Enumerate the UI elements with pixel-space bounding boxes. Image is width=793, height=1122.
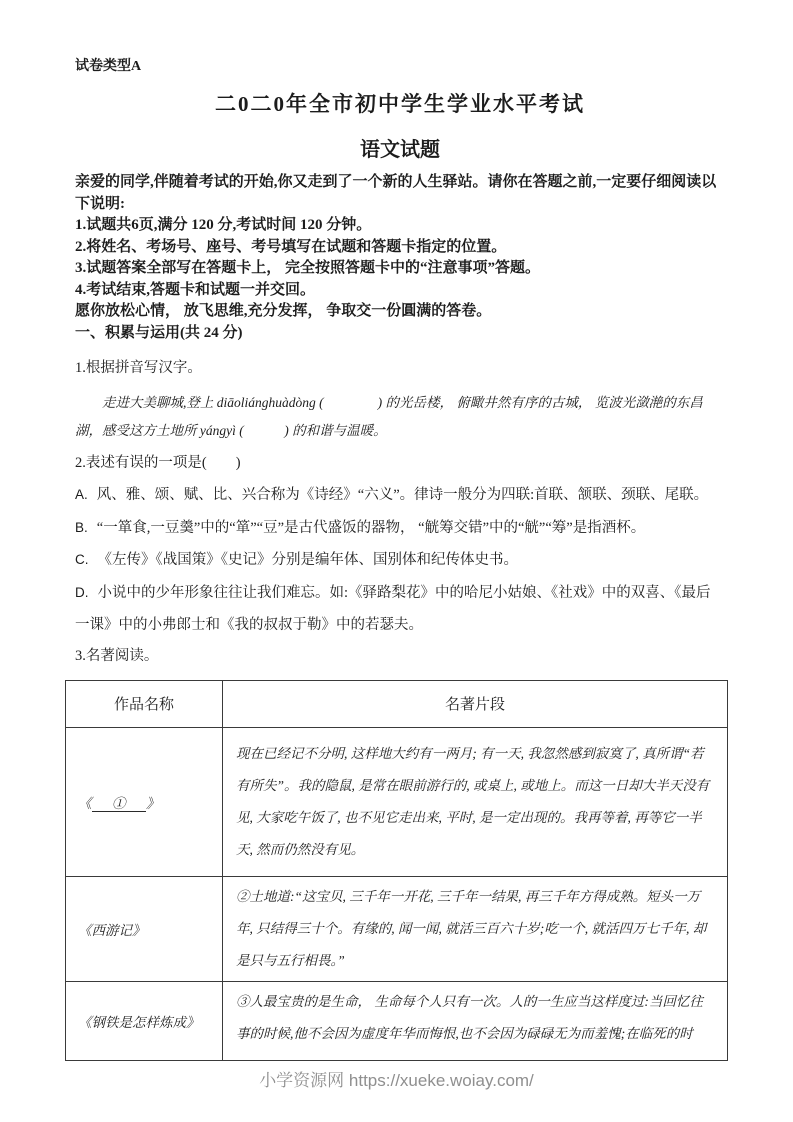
option-b-letter: B. — [75, 520, 88, 535]
exam-subtitle: 语文试题 — [75, 136, 725, 164]
book-bracket-open: 《 — [78, 796, 92, 811]
work-title-blank-cell: 《 ① 》 — [66, 727, 223, 876]
option-c: C.《左传》《战国策》《史记》分别是编年体、国别体和纪传体史书。 — [75, 544, 725, 577]
exam-paper-page: 试卷类型A 二0二0年全市初中学生学业水平考试 语文试题 亲爱的同学,伴随着考试… — [0, 0, 793, 1122]
paper-type-label: 试卷类型A — [75, 57, 725, 77]
pinyin-passage: 走进大美聊城,登上 diāoliánghuàdòng ( ) 的光岳楼， 俯瞰井… — [75, 389, 725, 444]
option-d-letter: D. — [75, 585, 89, 600]
footer-site-link[interactable]: 小学资源网 https://xueke.woiay.com/ — [259, 1071, 534, 1090]
table-header-fragment: 名著片段 — [223, 680, 728, 727]
question-2-label: 2.表述有误的一项是( ) — [75, 450, 725, 477]
option-d: D.小说中的少年形象往往让我们难忘。如:《驿路梨花》中的哈尼小姑娘、《社戏》中的… — [75, 577, 725, 642]
notice-item-1: 1.试题共6页,满分 120 分,考试时间 120 分钟。 — [75, 215, 725, 237]
exam-notice: 亲爱的同学,伴随着考试的开始,你又走到了一个新的人生驿站。请你在答题之前,一定要… — [75, 172, 725, 344]
work-title-cell-2: 《西游记》 — [66, 876, 223, 981]
fragment-cell-2: ②土地道:“这宝贝, 三千年一开花, 三千年一结果, 再三千年方得成熟。短头一万… — [223, 876, 728, 981]
notice-item-2: 2.将姓名、考场号、座号、考号填写在试题和答题卡指定的位置。 — [75, 237, 725, 259]
table-row: 《 ① 》 现在已经记不分明, 这样地大约有一两月; 有一天, 我忽然感到寂寞了… — [66, 727, 728, 876]
work-title-cell-3: 《钢铁是怎样炼成》 — [66, 981, 223, 1060]
fragment-cell-1: 现在已经记不分明, 这样地大约有一两月; 有一天, 我忽然感到寂寞了, 真所谓“… — [223, 727, 728, 876]
option-b-text: “一箪食,一豆羹”中的“箪”“豆”是古代盛饭的器物， “觥筹交错”中的“觥”“筹… — [97, 520, 645, 536]
blank-answer-1: ① — [92, 796, 147, 812]
footer: 小学资源网 https://xueke.woiay.com/ — [0, 1066, 793, 1091]
exam-title: 二0二0年全市初中学生学业水平考试 — [75, 90, 725, 119]
page-content: 试卷类型A 二0二0年全市初中学生学业水平考试 语文试题 亲爱的同学,伴随着考试… — [0, 0, 793, 1061]
table-row: 《西游记》 ②土地道:“这宝贝, 三千年一开花, 三千年一结果, 再三千年方得成… — [66, 876, 728, 981]
question-1-label: 1.根据拼音写汉字。 — [75, 357, 725, 379]
table-header-work-name: 作品名称 — [66, 680, 223, 727]
table-row: 《钢铁是怎样炼成》 ③人最宝贵的是生命， 生命每个人只有一次。人的一生应当这样度… — [66, 981, 728, 1060]
option-c-text: 《左传》《战国策》《史记》分别是编年体、国别体和纪传体史书。 — [98, 552, 519, 568]
notice-wish: 愿你放松心情， 放飞思维,充分发挥， 争取交一份圓满的答卷。 — [75, 301, 725, 323]
table-header-row: 作品名称 名著片段 — [66, 680, 728, 727]
option-b: B.“一箪食,一豆羹”中的“箪”“豆”是古代盛饭的器物， “觥筹交错”中的“觥”… — [75, 512, 725, 545]
book-bracket-close: 》 — [146, 796, 160, 811]
fragment-3-clipped: ③人最宝贵的是生命， 生命每个人只有一次。人的一生应当这样度过:当回忆往事的时候… — [236, 986, 714, 1052]
notice-item-4: 4.考试结束,答题卡和试题一并交回。 — [75, 280, 725, 302]
works-table: 作品名称 名著片段 《 ① 》 现在已经记不分明, 这样地大约有一两月; 有一天… — [65, 680, 728, 1061]
option-d-text: 小说中的少年形象往往让我们难忘。如:《驿路梨花》中的哈尼小姑娘、《社戏》中的双喜… — [75, 585, 711, 634]
notice-intro: 亲爱的同学,伴随着考试的开始,你又走到了一个新的人生驿站。请你在答题之前,一定要… — [75, 172, 725, 215]
fragment-cell-3: ③人最宝贵的是生命， 生命每个人只有一次。人的一生应当这样度过:当回忆往事的时候… — [223, 981, 728, 1060]
section-heading: 一、积累与运用(共 24 分) — [75, 323, 725, 345]
notice-item-3: 3.试题答案全部写在答题卡上， 完全按照答题卡中的“注意事项”答题。 — [75, 258, 725, 280]
question-3-label: 3.名著阅读。 — [75, 642, 725, 670]
option-a-text: 风、雅、颂、赋、比、兴合称为《诗经》“六义”。律诗一般分为四联:首联、颔联、颈联… — [97, 487, 708, 503]
option-c-letter: C. — [75, 552, 89, 567]
option-a: A.风、雅、颂、赋、比、兴合称为《诗经》“六义”。律诗一般分为四联:首联、颔联、… — [75, 479, 725, 512]
question-2-options: A.风、雅、颂、赋、比、兴合称为《诗经》“六义”。律诗一般分为四联:首联、颔联、… — [75, 479, 725, 642]
option-a-letter: A. — [75, 487, 88, 502]
